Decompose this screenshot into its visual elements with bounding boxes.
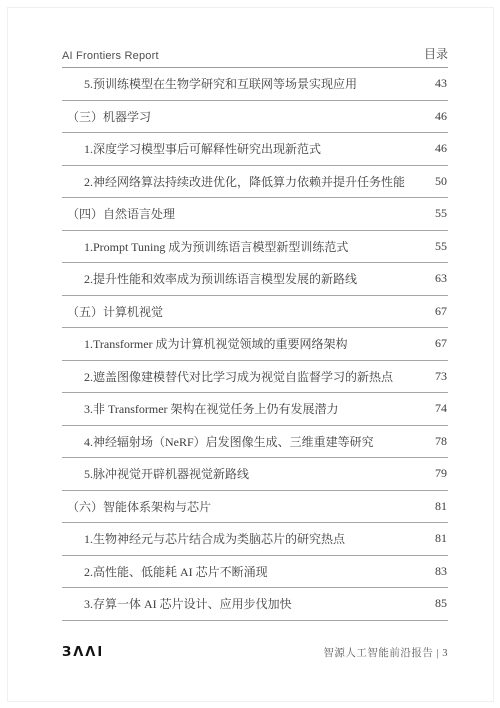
document-page: AI Frontiers Report 目录 5.预训练模型在生物学研究和互联网… bbox=[0, 0, 500, 708]
toc-row: 2.神经网络算法持续改进优化，降低算力依赖并提升任务性能50 bbox=[62, 166, 448, 199]
toc-entry-page-number: 79 bbox=[435, 466, 448, 481]
toc-row: （五）计算机视觉67 bbox=[62, 296, 448, 329]
toc-entry-page-number: 83 bbox=[435, 564, 448, 579]
toc-entry-label: （三）机器学习 bbox=[62, 108, 151, 125]
toc-entry-page-number: 43 bbox=[435, 76, 448, 91]
toc-row: 1.深度学习模型事后可解释性研究出现新范式46 bbox=[62, 133, 448, 166]
toc-entry-label: 1.Prompt Tuning 成为预训练语言模型新型训练范式 bbox=[62, 238, 348, 255]
toc-entry-page-number: 81 bbox=[435, 531, 448, 546]
toc-entry-page-number: 46 bbox=[435, 109, 448, 124]
toc-entry-page-number: 55 bbox=[435, 239, 448, 254]
toc-row: 4.神经辐射场（NeRF）启发图像生成、三维重建等研究78 bbox=[62, 426, 448, 459]
report-title: AI Frontiers Report bbox=[62, 50, 159, 62]
toc-entry-page-number: 63 bbox=[435, 271, 448, 286]
toc-row: 5.脉冲视觉开辟机器视觉新路线79 bbox=[62, 458, 448, 491]
page-footer: ЗΛΛI 智源人工智能前沿报告 | 3 bbox=[62, 645, 448, 660]
toc-row: 1.生物神经元与芯片结合成为类脑芯片的研究热点81 bbox=[62, 523, 448, 556]
toc-entry-label: 1.Transformer 成为计算机视觉领域的重要网络架构 bbox=[62, 335, 348, 352]
toc-row: （四）自然语言处理55 bbox=[62, 198, 448, 231]
toc-row: （六）智能体系架构与芯片81 bbox=[62, 491, 448, 524]
toc-entry-label: 4.神经辐射场（NeRF）启发图像生成、三维重建等研究 bbox=[62, 433, 374, 450]
toc-entry-label: 2.遮盖图像建模替代对比学习成为视觉自监督学习的新热点 bbox=[62, 368, 393, 385]
toc-entry-label: （五）计算机视觉 bbox=[62, 303, 163, 320]
toc-entry-page-number: 55 bbox=[435, 206, 448, 221]
table-of-contents: 5.预训练模型在生物学研究和互联网等场景实现应用43（三）机器学习461.深度学… bbox=[62, 68, 448, 621]
toc-entry-label: （四）自然语言处理 bbox=[62, 205, 175, 222]
toc-entry-page-number: 81 bbox=[435, 499, 448, 514]
toc-entry-label: 1.生物神经元与芯片结合成为类脑芯片的研究热点 bbox=[62, 530, 345, 547]
toc-row: 2.提升性能和效率成为预训练语言模型发展的新路线63 bbox=[62, 263, 448, 296]
toc-row: （三）机器学习46 bbox=[62, 101, 448, 134]
toc-entry-label: 2.神经网络算法持续改进优化，降低算力依赖并提升任务性能 bbox=[62, 173, 405, 190]
toc-row: 2.遮盖图像建模替代对比学习成为视觉自监督学习的新热点73 bbox=[62, 361, 448, 394]
toc-entry-page-number: 78 bbox=[435, 434, 448, 449]
toc-entry-label: 5.预训练模型在生物学研究和互联网等场景实现应用 bbox=[62, 75, 357, 92]
page-content: AI Frontiers Report 目录 5.预训练模型在生物学研究和互联网… bbox=[62, 0, 448, 621]
toc-entry-page-number: 67 bbox=[435, 336, 448, 351]
toc-row: 1.Prompt Tuning 成为预训练语言模型新型训练范式55 bbox=[62, 231, 448, 264]
toc-entry-page-number: 50 bbox=[435, 174, 448, 189]
toc-entry-label: 3.存算一体 AI 芯片设计、应用步伐加快 bbox=[62, 595, 292, 612]
toc-entry-page-number: 74 bbox=[435, 401, 448, 416]
footer-page-label: 智源人工智能前沿报告 | 3 bbox=[323, 645, 448, 660]
toc-row: 3.非 Transformer 架构在视觉任务上仍有发展潜力74 bbox=[62, 393, 448, 426]
toc-entry-page-number: 73 bbox=[435, 369, 448, 384]
toc-entry-label: 3.非 Transformer 架构在视觉任务上仍有发展潜力 bbox=[62, 400, 339, 417]
toc-entry-page-number: 46 bbox=[435, 141, 448, 156]
baai-logo: ЗΛΛI bbox=[62, 645, 104, 660]
toc-row: 2.高性能、低能耗 AI 芯片不断涌现83 bbox=[62, 556, 448, 589]
toc-entry-page-number: 67 bbox=[435, 304, 448, 319]
toc-heading: 目录 bbox=[424, 45, 448, 62]
toc-row: 3.存算一体 AI 芯片设计、应用步伐加快85 bbox=[62, 588, 448, 621]
toc-entry-label: 1.深度学习模型事后可解释性研究出现新范式 bbox=[62, 140, 321, 157]
toc-entry-label: （六）智能体系架构与芯片 bbox=[62, 498, 211, 515]
toc-entry-page-number: 85 bbox=[435, 596, 448, 611]
toc-entry-label: 5.脉冲视觉开辟机器视觉新路线 bbox=[62, 465, 249, 482]
toc-row: 1.Transformer 成为计算机视觉领域的重要网络架构67 bbox=[62, 328, 448, 361]
toc-entry-label: 2.高性能、低能耗 AI 芯片不断涌现 bbox=[62, 563, 268, 580]
page-header: AI Frontiers Report 目录 bbox=[62, 0, 448, 68]
toc-row: 5.预训练模型在生物学研究和互联网等场景实现应用43 bbox=[62, 68, 448, 101]
toc-entry-label: 2.提升性能和效率成为预训练语言模型发展的新路线 bbox=[62, 270, 357, 287]
